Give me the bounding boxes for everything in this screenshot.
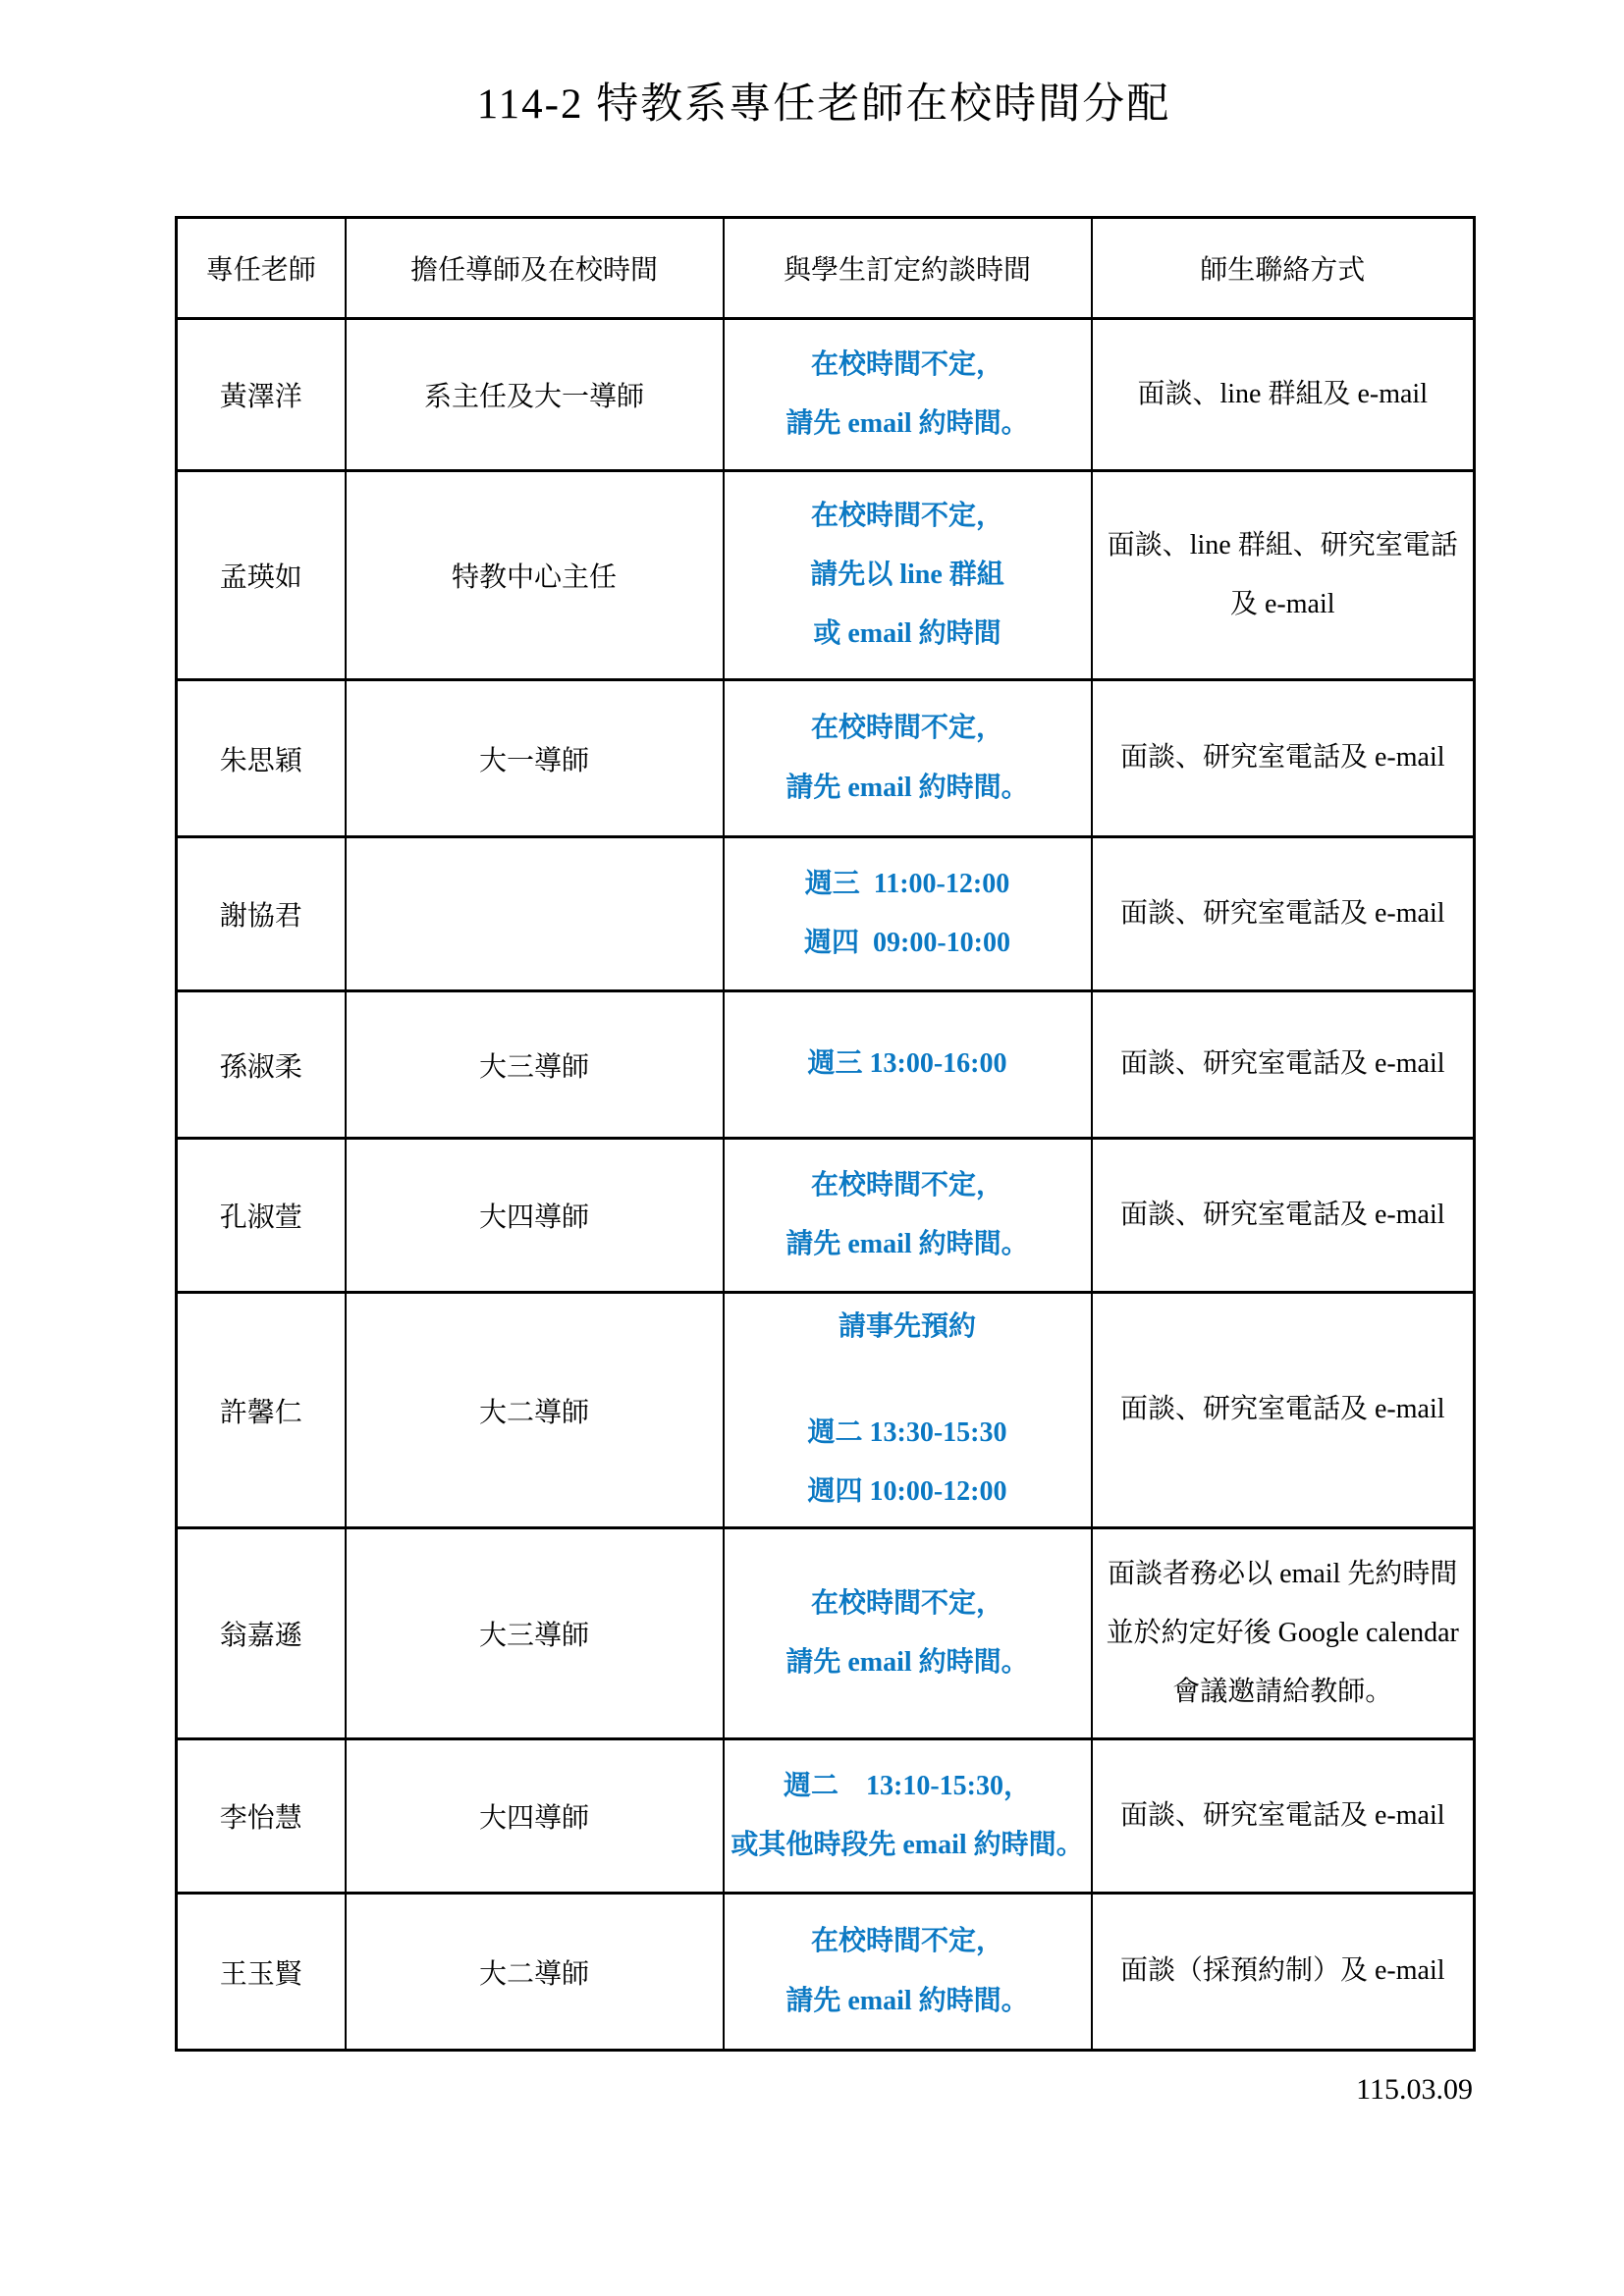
contact-line: 面談、研究室電話及 e-mail: [1099, 1380, 1468, 1439]
mentor-role-cell: [346, 837, 724, 991]
mentor-role-cell: 大二導師: [346, 1293, 724, 1528]
table-row: 許馨仁 大二導師 請事先預約 週二 13:30-15:30 週四 10:00-1…: [177, 1293, 1475, 1528]
mentor-role-cell: 大四導師: [346, 1139, 724, 1293]
document-page: 114-2 特教系專任老師在校時間分配 專任老師 擔任導師及在校時間 與學生訂定…: [0, 0, 1624, 2296]
appointment-line: 週三 13:00-16:00: [731, 1035, 1085, 1094]
appointment-line: 在校時間不定，: [731, 699, 1085, 758]
appointment-line: 請先 email 約時間。: [731, 1633, 1085, 1692]
contact-method-cell: 面談、研究室電話及 e-mail: [1092, 680, 1475, 837]
mentor-role-cell: 大二導師: [346, 1894, 724, 2051]
appointment-line: 請事先預約: [731, 1298, 1085, 1357]
appointment-line: 在校時間不定，: [731, 1912, 1085, 1971]
teacher-name-cell: 朱思穎: [177, 680, 346, 837]
contact-line: 面談、研究室電話及 e-mail: [1099, 728, 1468, 787]
appointment-time-cell: 在校時間不定， 請先 email 約時間。: [724, 1139, 1092, 1293]
appointment-line: 在校時間不定，: [731, 336, 1085, 395]
header-role: 擔任導師及在校時間: [346, 218, 724, 319]
appointment-line: 週四 09:00-10:00: [731, 914, 1085, 973]
table-row: 黃澤洋 系主任及大一導師 在校時間不定， 請先 email 約時間。 面談、li…: [177, 319, 1475, 471]
appointment-time-cell: 在校時間不定， 請先 email 約時間。: [724, 680, 1092, 837]
contact-line: 及 e-mail: [1099, 575, 1468, 634]
mentor-role-cell: 大一導師: [346, 680, 724, 837]
appointment-line: 請先 email 約時間。: [731, 759, 1085, 818]
appointment-line: 週四 10:00-12:00: [731, 1463, 1085, 1522]
appointment-line: 在校時間不定，: [731, 1575, 1085, 1633]
appointment-time-cell: 週三 11:00-12:00 週四 09:00-10:00: [724, 837, 1092, 991]
table-row: 李怡慧 大四導師 週二 13:10-15:30， 或其他時段先 email 約時…: [177, 1739, 1475, 1894]
header-contact: 師生聯絡方式: [1092, 218, 1475, 319]
appointment-time-cell: 在校時間不定， 請先 email 約時間。: [724, 319, 1092, 471]
contact-line: 面談、研究室電話及 e-mail: [1099, 1035, 1468, 1094]
contact-line: 並於約定好後 Google calendar: [1099, 1604, 1468, 1663]
contact-line: 會議邀請給教師。: [1099, 1663, 1468, 1722]
mentor-role-cell: 大三導師: [346, 991, 724, 1139]
schedule-table: 專任老師 擔任導師及在校時間 與學生訂定約談時間 師生聯絡方式 黃澤洋 系主任及…: [175, 216, 1476, 2052]
mentor-role-cell: 系主任及大一導師: [346, 319, 724, 471]
contact-method-cell: 面談、研究室電話及 e-mail: [1092, 1139, 1475, 1293]
table-row: 王玉賢 大二導師 在校時間不定， 請先 email 約時間。 面談（採預約制）及…: [177, 1894, 1475, 2051]
contact-method-cell: 面談、研究室電話及 e-mail: [1092, 1739, 1475, 1894]
appointment-line: 或 email 約時間: [731, 605, 1085, 664]
appointment-line: 請先 email 約時間。: [731, 1215, 1085, 1274]
table-row: 翁嘉遜 大三導師 在校時間不定， 請先 email 約時間。 面談者務必以 em…: [177, 1528, 1475, 1739]
appointment-time-cell: 在校時間不定， 請先以 line 群組 或 email 約時間: [724, 471, 1092, 680]
teacher-name-cell: 孔淑萱: [177, 1139, 346, 1293]
teacher-name-cell: 李怡慧: [177, 1739, 346, 1894]
teacher-name-cell: 黃澤洋: [177, 319, 346, 471]
mentor-role-cell: 特教中心主任: [346, 471, 724, 680]
table-row: 謝協君 週三 11:00-12:00 週四 09:00-10:00 面談、研究室…: [177, 837, 1475, 991]
table-row: 朱思穎 大一導師 在校時間不定， 請先 email 約時間。 面談、研究室電話及…: [177, 680, 1475, 837]
teacher-name-cell: 翁嘉遜: [177, 1528, 346, 1739]
contact-method-cell: 面談、line 群組、研究室電話 及 e-mail: [1092, 471, 1475, 680]
appointment-line: 週二 13:10-15:30，: [731, 1757, 1085, 1816]
teacher-name-cell: 王玉賢: [177, 1894, 346, 2051]
table-row: 孫淑柔 大三導師 週三 13:00-16:00 面談、研究室電話及 e-mail: [177, 991, 1475, 1139]
contact-method-cell: 面談、研究室電話及 e-mail: [1092, 837, 1475, 991]
appointment-line: 或其他時段先 email 約時間。: [731, 1816, 1085, 1875]
contact-method-cell: 面談（採預約制）及 e-mail: [1092, 1894, 1475, 2051]
contact-line: 面談（採預約制）及 e-mail: [1099, 1942, 1468, 2001]
appointment-line: 請先以 line 群組: [731, 546, 1085, 605]
contact-method-cell: 面談、研究室電話及 e-mail: [1092, 991, 1475, 1139]
teacher-name-cell: 孟瑛如: [177, 471, 346, 680]
appointment-time-cell: 請事先預約 週二 13:30-15:30 週四 10:00-12:00: [724, 1293, 1092, 1528]
teacher-name-cell: 許馨仁: [177, 1293, 346, 1528]
contact-method-cell: 面談、研究室電話及 e-mail: [1092, 1293, 1475, 1528]
teacher-name-cell: 孫淑柔: [177, 991, 346, 1139]
mentor-role-cell: 大三導師: [346, 1528, 724, 1739]
appointment-line: [731, 1358, 1085, 1405]
appointment-line: 請先 email 約時間。: [731, 1972, 1085, 2031]
appointment-line: 週三 11:00-12:00: [731, 855, 1085, 914]
contact-method-cell: 面談者務必以 email 先約時間 並於約定好後 Google calendar…: [1092, 1528, 1475, 1739]
appointment-line: 在校時間不定，: [731, 1156, 1085, 1215]
table-row: 孔淑萱 大四導師 在校時間不定， 請先 email 約時間。 面談、研究室電話及…: [177, 1139, 1475, 1293]
header-teacher: 專任老師: [177, 218, 346, 319]
appointment-time-cell: 週二 13:10-15:30， 或其他時段先 email 約時間。: [724, 1739, 1092, 1894]
contact-line: 面談、研究室電話及 e-mail: [1099, 1787, 1468, 1845]
contact-line: 面談、line 群組及 e-mail: [1099, 365, 1468, 424]
appointment-time-cell: 在校時間不定， 請先 email 約時間。: [724, 1894, 1092, 2051]
teacher-name-cell: 謝協君: [177, 837, 346, 991]
appointment-line: 週二 13:30-15:30: [731, 1404, 1085, 1463]
contact-line: 面談、研究室電話及 e-mail: [1099, 884, 1468, 943]
page-title: 114-2 特教系專任老師在校時間分配: [175, 71, 1473, 131]
appointment-line: 在校時間不定，: [731, 487, 1085, 546]
contact-line: 面談、line 群組、研究室電話: [1099, 516, 1468, 575]
mentor-role-cell: 大四導師: [346, 1739, 724, 1894]
table-header-row: 專任老師 擔任導師及在校時間 與學生訂定約談時間 師生聯絡方式: [177, 218, 1475, 319]
appointment-line: 請先 email 約時間。: [731, 395, 1085, 454]
footer-date: 115.03.09: [175, 2073, 1473, 2107]
contact-line: 面談者務必以 email 先約時間: [1099, 1545, 1468, 1604]
contact-method-cell: 面談、line 群組及 e-mail: [1092, 319, 1475, 471]
appointment-time-cell: 週三 13:00-16:00: [724, 991, 1092, 1139]
table-row: 孟瑛如 特教中心主任 在校時間不定， 請先以 line 群組 或 email 約…: [177, 471, 1475, 680]
contact-line: 面談、研究室電話及 e-mail: [1099, 1186, 1468, 1245]
appointment-time-cell: 在校時間不定， 請先 email 約時間。: [724, 1528, 1092, 1739]
header-appointment: 與學生訂定約談時間: [724, 218, 1092, 319]
